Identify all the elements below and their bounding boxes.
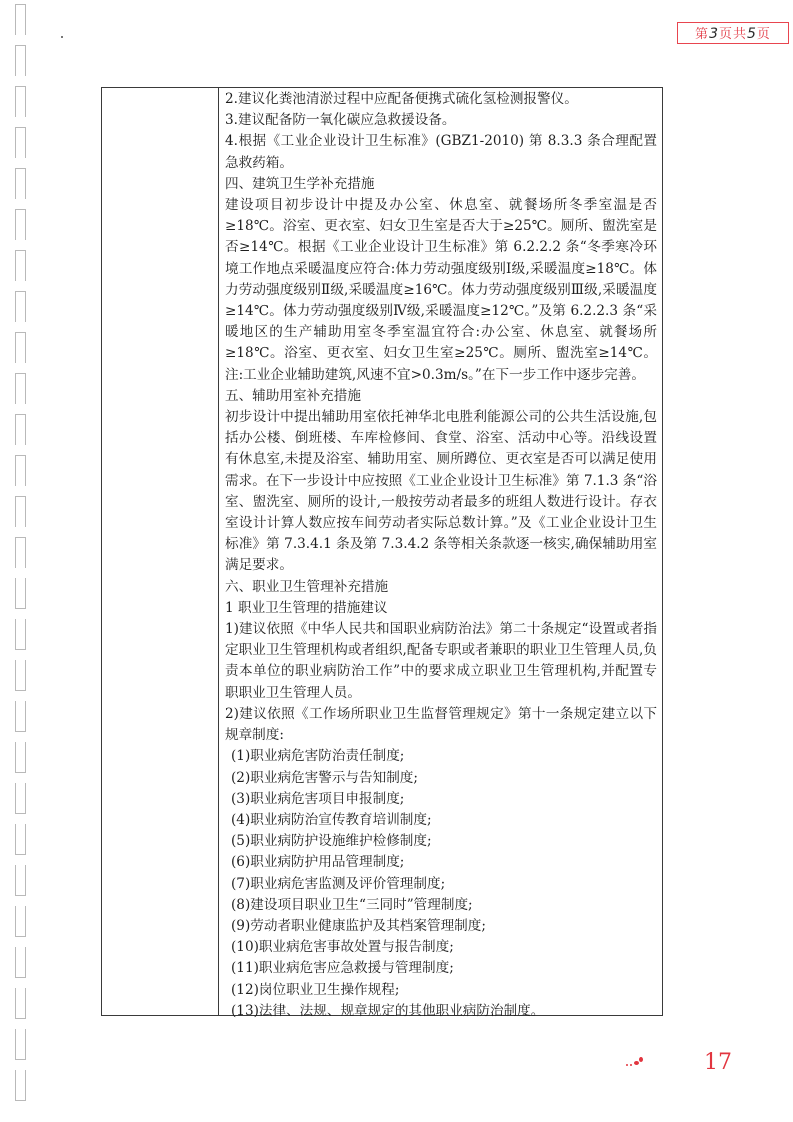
paragraph-management-org: 1)建议依照《中华人民共和国职业病防治法》第二十条规定“设置或者指定职业卫生管理… (225, 619, 657, 704)
page-count-stamp: 第3页共5页 (677, 22, 789, 44)
binding-mark (15, 86, 26, 117)
list-item: (13)法律、法规、规章规定的其他职业病防治制度。 (225, 1001, 657, 1022)
stamp-page-total: 5 (747, 26, 757, 42)
binding-mark (15, 455, 26, 486)
binding-mark (15, 4, 26, 35)
regulations-list: (1)职业病危害防治责任制度; (2)职业病危害警示与告知制度; (3)职业病危… (225, 746, 657, 1022)
binding-mark (15, 1070, 26, 1101)
list-item: (8)建设项目职业卫生“三同时”管理制度; (225, 895, 657, 916)
list-item: (10)职业病危害事故处置与报告制度; (225, 937, 657, 958)
binding-mark (15, 45, 26, 76)
list-item: (3)职业病危害项目申报制度; (225, 789, 657, 810)
list-item: (11)职业病危害应急救援与管理制度; (225, 958, 657, 979)
binding-mark (15, 619, 26, 650)
section-heading-management: 六、职业卫生管理补充措施 (225, 577, 657, 598)
stamp-prefix: 第 (695, 27, 709, 42)
binding-mark (15, 332, 26, 363)
stamp-suffix: 页 (757, 27, 771, 42)
table-label-column (102, 88, 219, 1015)
binding-mark (15, 537, 26, 568)
section-heading-auxiliary-rooms: 五、辅助用室补充措施 (225, 386, 657, 407)
binding-mark (15, 988, 26, 1019)
list-item: (7)职业病危害监测及评价管理制度; (225, 874, 657, 895)
binding-mark (15, 127, 26, 158)
binding-mark (15, 373, 26, 404)
binding-marks (15, 0, 29, 1122)
binding-mark (15, 742, 26, 773)
binding-mark (15, 496, 26, 527)
binding-mark (15, 701, 26, 732)
list-item: (5)职业病防护设施维护检修制度; (225, 831, 657, 852)
item-first-aid-kit: 4.根据《工业企业设计卫生标准》(GBZ1-2010) 第 8.3.3 条合理配… (225, 131, 657, 173)
binding-mark (15, 865, 26, 896)
paragraph-building-hygiene: 建设项目初步设计中提及办公室、休息室、就餐场所冬季室温是否≥18℃。浴室、更衣室… (225, 195, 657, 386)
binding-mark (15, 660, 26, 691)
stamp-middle: 页共 (719, 27, 747, 42)
list-item: (4)职业病防治宣传教育培训制度; (225, 810, 657, 831)
binding-mark (15, 250, 26, 281)
list-item: (6)职业病防护用品管理制度; (225, 852, 657, 873)
binding-mark (15, 824, 26, 855)
binding-mark (15, 168, 26, 199)
binding-mark (15, 291, 26, 322)
binding-mark (15, 578, 26, 609)
list-item: (1)职业病危害防治责任制度; (225, 746, 657, 767)
binding-mark (15, 947, 26, 978)
binding-mark (15, 783, 26, 814)
list-item: (2)职业病危害警示与告知制度; (225, 768, 657, 789)
binding-mark (15, 906, 26, 937)
item-h2s-detector: 2.建议化粪池清淤过程中应配备便携式硫化氢检测报警仪。 (225, 89, 657, 110)
paragraph-regulations-intro: 2)建议依照《工作场所职业卫生监督管理规定》第十一条规定建立以下规章制度: (225, 704, 657, 746)
binding-mark (15, 414, 26, 445)
stamp-page-current: 3 (709, 26, 719, 42)
list-item: (9)劳动者职业健康监护及其档案管理制度; (225, 916, 657, 937)
binding-mark (15, 209, 26, 240)
scan-speck (61, 36, 63, 38)
paragraph-auxiliary-rooms: 初步设计中提出辅助用室依托神华北电胜利能源公司的公共生活设施,包括办公楼、倒班楼… (225, 407, 657, 577)
section-heading-building-hygiene: 四、建筑卫生学补充措施 (225, 174, 657, 195)
measures-table: 2.建议化粪池清淤过程中应配备便携式硫化氢检测报警仪。 3.建议配备防一氧化碳应… (101, 87, 663, 1016)
binding-mark (15, 1029, 26, 1060)
table-content-cell: 2.建议化粪池清淤过程中应配备便携式硫化氢检测报警仪。 3.建议配备防一氧化碳应… (225, 89, 657, 1022)
list-item: (12)岗位职业卫生操作规程; (225, 980, 657, 1001)
page-number: 17 (704, 1050, 732, 1075)
subheading-management-measures: 1 职业卫生管理的措施建议 (225, 598, 657, 619)
item-co-rescue: 3.建议配备防一氧化碳应急救援设备。 (225, 110, 657, 131)
